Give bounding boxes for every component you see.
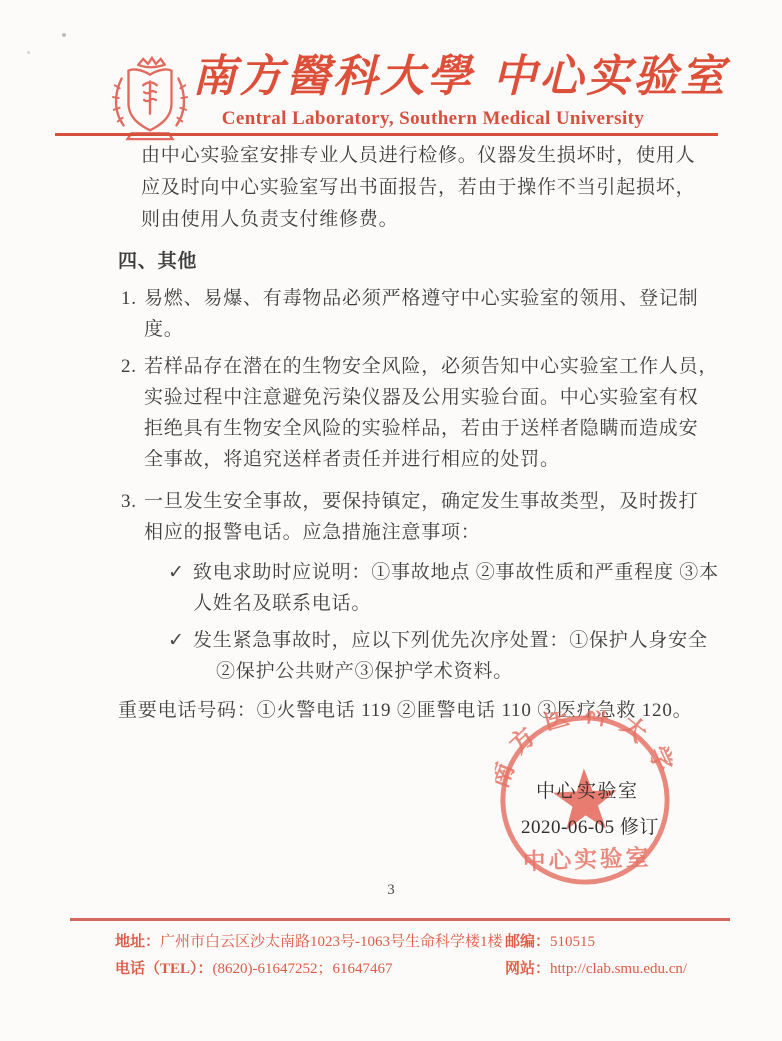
list-item: 2.若样品存在潜在的生物安全风险，必须告知中心实验室工作人员， bbox=[121, 351, 718, 382]
item-text-continued: 拒绝具有生物安全风险的实验样品，若由于送样者隐瞒而造成安 bbox=[144, 413, 698, 444]
scan-speck bbox=[62, 33, 66, 37]
website-value: http://clab.smu.edu.cn/ bbox=[550, 961, 687, 977]
seal-bottom-text: 中心实验室 bbox=[522, 844, 651, 874]
item-text: 若样品存在潜在的生物安全风险，必须告知中心实验室工作人员， bbox=[144, 356, 718, 377]
checklist-item: ✓致电求助时应说明：①事故地点 ②事故性质和严重程度 ③本 bbox=[168, 557, 719, 588]
item-text: 易燃、易爆、有毒物品必须严格遵守中心实验室的领用、登记制 bbox=[144, 288, 698, 309]
footer-phone-line: 电话（TEL）：(8620)-61647252；61647467 bbox=[115, 956, 503, 983]
letterhead: 南方醫科大學 中心实验室 Central Laboratory, Souther… bbox=[192, 48, 674, 130]
university-title-calligraphy: 南方醫科大學 中心实验室 bbox=[192, 48, 674, 106]
list-item: 3.一旦发生安全事故，要保持镇定，确定发生事故类型，及时拨打 bbox=[121, 486, 698, 517]
section-heading: 四、其他 bbox=[118, 246, 197, 277]
checkmark-icon: ✓ bbox=[168, 625, 193, 656]
item-text-continued: 实验过程中注意避免污染仪器及公用实验台面。中心实验室有权 bbox=[144, 382, 698, 413]
item-text-continued: 相应的报警电话。应急措施注意事项： bbox=[144, 517, 481, 548]
body-line: 由中心实验室安排专业人员进行检修。仪器发生损坏时，使用人 bbox=[141, 140, 695, 171]
address-value: 广州市白云区沙太南路1023号-1063号生命科学楼1楼 bbox=[160, 934, 503, 950]
checklist-text-continued: ②保护公共财产③保护学术资料。 bbox=[216, 656, 513, 687]
list-item: 1.易燃、易爆、有毒物品必须严格遵守中心实验室的领用、登记制 bbox=[121, 283, 698, 314]
item-text-continued: 度。 bbox=[144, 314, 184, 345]
footer-postcode-line: 邮编：510515 bbox=[505, 929, 687, 956]
header-divider-rule bbox=[55, 133, 718, 136]
phone-label: 电话（TEL）： bbox=[115, 961, 213, 977]
website-label: 网站： bbox=[505, 961, 550, 977]
checklist-text: 致电求助时应说明：①事故地点 ②事故性质和严重程度 ③本 bbox=[193, 562, 719, 583]
postcode-value: 510515 bbox=[550, 934, 595, 950]
footer-divider-rule bbox=[70, 918, 730, 921]
scan-speck bbox=[27, 51, 30, 54]
footer-address-line: 地址：广州市白云区沙太南路1023号-1063号生命科学楼1楼 bbox=[115, 929, 503, 956]
footer-contact-right: 邮编：510515 网站：http://clab.smu.edu.cn/ bbox=[505, 929, 687, 983]
scanned-document-page: 南方醫科大學 中心实验室 Central Laboratory, Souther… bbox=[0, 0, 782, 1041]
address-label: 地址： bbox=[115, 934, 160, 950]
item-number: 1. bbox=[121, 283, 144, 314]
footer-website-line: 网站：http://clab.smu.edu.cn/ bbox=[505, 956, 687, 983]
body-line: 则由使用人负责支付维修费。 bbox=[141, 204, 398, 235]
item-text: 一旦发生安全事故，要保持镇定，确定发生事故类型，及时拨打 bbox=[144, 491, 698, 512]
checkmark-icon: ✓ bbox=[168, 557, 193, 588]
checklist-item: ✓发生紧急事故时，应以下列优先次序处置：①保护人身安全 bbox=[168, 625, 708, 656]
stamp-overlay-title: 中心实验室 bbox=[536, 776, 639, 803]
item-number: 2. bbox=[121, 351, 144, 382]
item-number: 3. bbox=[121, 486, 144, 517]
checklist-text-continued: 人姓名及联系电话。 bbox=[193, 588, 371, 619]
postcode-label: 邮编： bbox=[505, 934, 550, 950]
university-title-english: Central Laboratory, Southern Medical Uni… bbox=[192, 108, 674, 130]
stamp-overlay-revision-date: 2020-06-05 修订 bbox=[521, 812, 659, 839]
phone-value: (8620)-61647252；61647467 bbox=[213, 961, 393, 977]
checklist-text: 发生紧急事故时，应以下列优先次序处置：①保护人身安全 bbox=[193, 630, 708, 651]
body-line: 应及时向中心实验室写出书面报告，若由于操作不当引起损坏， bbox=[141, 172, 695, 203]
item-text-continued: 全事故，将追究送样者责任并进行相应的处罚。 bbox=[144, 444, 560, 475]
footer-contact-left: 地址：广州市白云区沙太南路1023号-1063号生命科学楼1楼 电话（TEL）：… bbox=[115, 929, 503, 983]
